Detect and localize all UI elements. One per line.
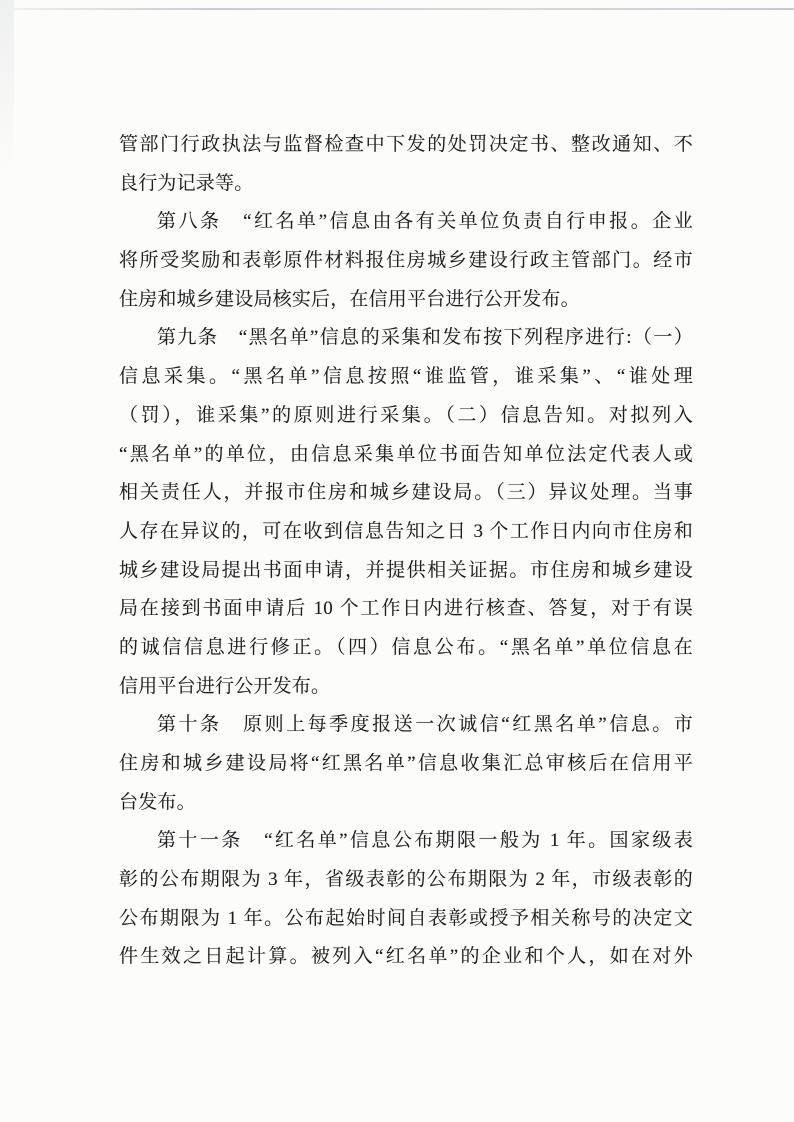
paragraph-article-8: 第八条 “红名单”信息由各有关单位负责自行申报。企业将所受奖励和表彰原件材料报住… [119,203,693,319]
text-line: 相关责任人，并报市住房和城乡建设局。（三）异议处理。当事 [119,474,693,513]
text-line: 住房和城乡建设局将“红黑名单”信息收集汇总审核后在信用平 [119,745,693,784]
text-line: 第十一条 “红名单”信息公布期限一般为 1 年。国家级表 [119,822,693,861]
text-line: 局在接到书面申请后 10 个工作日内进行核查、答复，对于有误 [119,590,693,629]
text-line: 第九条 “黑名单”信息的采集和发布按下列程序进行:（一） [119,319,693,358]
text-line: 信用平台进行公开发布。 [119,668,693,707]
text-line: 住房和城乡建设局核实后，在信用平台进行公开发布。 [119,281,693,320]
scan-edge-shade [0,0,14,240]
text-line: 的诚信信息进行修正。（四）信息公布。“黑名单”单位信息在 [119,629,693,668]
paragraph-para-continuation: 管部门行政执法与监督检查中下发的处罚决定书、整改通知、不良行为记录等。 [119,126,693,203]
text-line: 管部门行政执法与监督检查中下发的处罚决定书、整改通知、不 [119,126,693,165]
text-line: 件生效之日起计算。被列入“红名单”的企业和个人，如在对外 [119,938,693,977]
text-line: 第八条 “红名单”信息由各有关单位负责自行申报。企业 [119,203,693,242]
text-line: 城乡建设局提出书面申请，并提供相关证据。市住房和城乡建设 [119,552,693,591]
document-text: 管部门行政执法与监督检查中下发的处罚决定书、整改通知、不良行为记录等。第八条 “… [119,126,693,977]
text-line: 台发布。 [119,784,693,823]
text-line: 将所受奖励和表彰原件材料报住房城乡建设行政主管部门。经市 [119,242,693,281]
text-line: （罚），谁采集”的原则进行采集。（二）信息告知。对拟列入 [119,397,693,436]
text-line: 第十条 原则上每季度报送一次诚信“红黑名单”信息。市 [119,706,693,745]
text-line: 公布期限为 1 年。公布起始时间自表彰或授予相关称号的决定文 [119,900,693,939]
text-line: 人存在异议的，可在收到信息告知之日 3 个工作日内向市住房和 [119,513,693,552]
text-line: “黑名单”的单位，由信息采集单位书面告知单位法定代表人或 [119,436,693,475]
text-line: 彰的公布期限为 3 年，省级表彰的公布期限为 2 年，市级表彰的 [119,861,693,900]
paragraph-article-9: 第九条 “黑名单”信息的采集和发布按下列程序进行:（一）信息采集。“黑名单”信息… [119,319,693,706]
scan-edge-line [14,8,794,10]
paragraph-article-10: 第十条 原则上每季度报送一次诚信“红黑名单”信息。市住房和城乡建设局将“红黑名单… [119,706,693,822]
text-line: 信息采集。“黑名单”信息按照“谁监管，谁采集”、“谁处理 [119,358,693,397]
paragraph-article-11: 第十一条 “红名单”信息公布期限一般为 1 年。国家级表彰的公布期限为 3 年，… [119,822,693,977]
text-line: 良行为记录等。 [119,165,693,204]
document-page: 管部门行政执法与监督检查中下发的处罚决定书、整改通知、不良行为记录等。第八条 “… [0,0,794,1122]
